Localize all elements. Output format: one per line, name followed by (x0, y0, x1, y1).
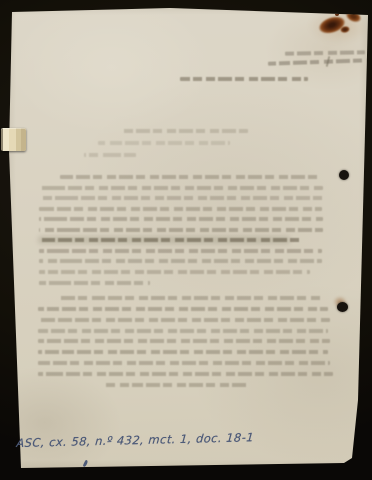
hole-punch-bottom (337, 302, 348, 312)
typed-address-line (98, 141, 230, 145)
archive-tab (1, 128, 26, 151)
typed-body-line (38, 372, 333, 376)
typed-body-line (38, 307, 328, 311)
typed-address-line (122, 129, 248, 133)
typed-body-line (38, 350, 328, 354)
typewriter-smudge (38, 236, 290, 244)
typed-address-line (84, 153, 136, 157)
typed-date-line (180, 77, 308, 81)
typed-body-line (60, 175, 322, 179)
hole-punch-top (339, 170, 349, 180)
typed-body-line (38, 339, 330, 343)
rust-stain (335, 12, 339, 16)
typed-body-line (39, 186, 323, 190)
typed-body-line (39, 281, 150, 285)
scan-background: ASC, cx. 58, n.º 432, mct. 1, doc. 18-1 (0, 0, 372, 480)
typed-body-line (39, 228, 323, 232)
typed-body-line (60, 296, 322, 300)
typed-body-line (39, 196, 323, 200)
typed-body-line (39, 259, 322, 263)
typed-body-line (38, 361, 330, 365)
typed-body-line (38, 318, 330, 322)
typed-body-line (39, 207, 322, 211)
typed-body-line (39, 270, 310, 274)
typed-body-line (39, 249, 322, 253)
typed-body-line (38, 329, 328, 333)
typed-body-line (39, 217, 323, 221)
typed-body-line (105, 383, 248, 387)
letter-paper-sheet (0, 0, 372, 480)
